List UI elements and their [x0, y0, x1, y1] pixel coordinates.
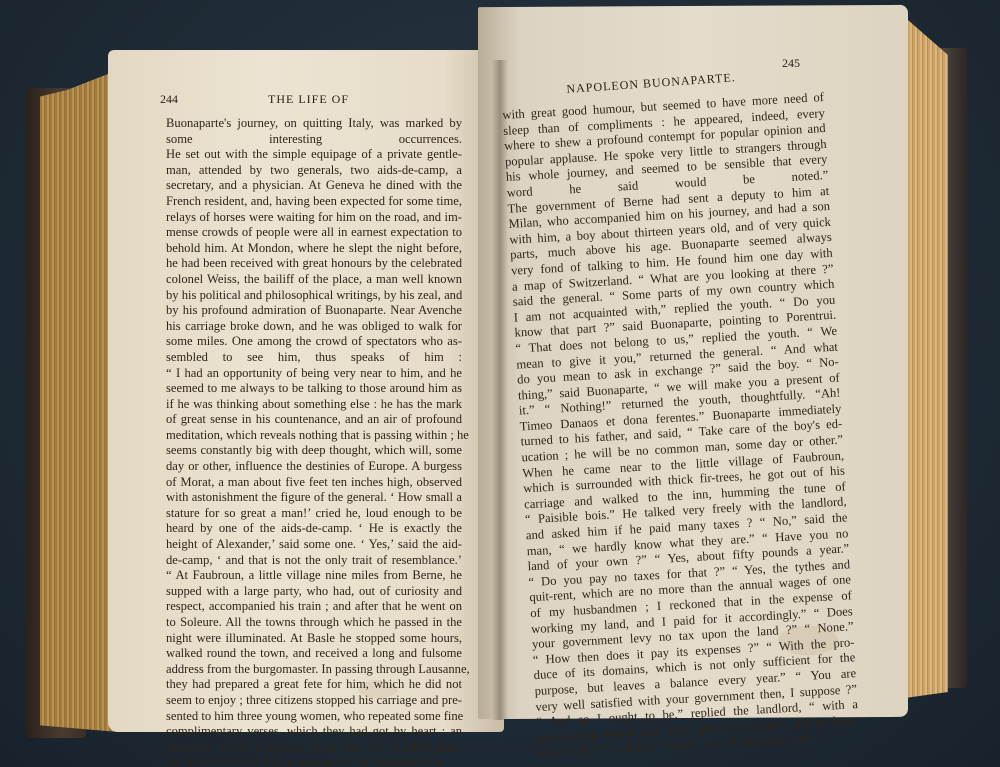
- left-page-body: Buonaparte's journey, on quitting Italy,…: [166, 116, 462, 767]
- text-line: of great sense in his countenance, and a…: [166, 412, 462, 428]
- text-line: meditation, which reveals nothing that i…: [166, 428, 462, 444]
- text-line: behold him. At Mondon, where he slept th…: [166, 241, 462, 257]
- left-running-head: THE LIFE OF: [268, 92, 349, 107]
- page-edges-left: [40, 70, 118, 732]
- text-line: with astonishment the figure of the gene…: [166, 490, 462, 506]
- text-line: stature for so great a man!’ cried he, l…: [166, 506, 462, 522]
- text-line: to Soleure. All the towns through which …: [166, 615, 462, 631]
- text-line: respect, accompanied his train ; and aft…: [166, 599, 462, 615]
- text-line: “ I had an opportunity of being very nea…: [166, 366, 462, 382]
- text-line: sembled to see him, thus speaks of him :: [166, 350, 462, 366]
- text-line: of Morat, a man about five feet ten inch…: [166, 475, 462, 491]
- text-line: supped with a large party, who had, out …: [166, 584, 462, 600]
- text-line: if he was thinking about something else …: [166, 397, 462, 413]
- text-line: French resident, and, having been expect…: [166, 194, 462, 210]
- text-line: by his political and philosophical writi…: [166, 288, 462, 304]
- left-page-number: 244: [160, 92, 178, 107]
- text-line: he had been received with great honours …: [166, 256, 462, 272]
- text-line: secretary, and a physician. At Geneva he…: [166, 178, 462, 194]
- text-line: seems constantly big with deep thought, …: [166, 443, 462, 459]
- text-line: joy by their shouts and acclamations. He…: [166, 755, 462, 767]
- text-line: height of Alexander,’ said some one. ‘ Y…: [166, 537, 462, 553]
- text-line: address from the burgomaster. In passing…: [166, 662, 462, 678]
- right-page-number: 245: [782, 56, 800, 71]
- text-line: walked round the town, and received a lo…: [166, 646, 462, 662]
- text-line: “ At Faubroun, a little village nine mil…: [166, 568, 462, 584]
- text-line: immense crowd assembled about him, and t…: [166, 740, 462, 756]
- text-line: Buonaparte's journey, on quitting Italy,…: [166, 116, 462, 132]
- text-line: seem to enjoy ; three citizens stopped h…: [166, 693, 462, 709]
- text-line: by his profound admiration of Buonaparte…: [166, 303, 462, 319]
- text-line: seemed to me always to be talking to tho…: [166, 381, 462, 397]
- text-line: colonel Weiss, the bailiff of the place,…: [166, 272, 462, 288]
- text-line: his carriage broke down, and he was obli…: [166, 319, 462, 335]
- text-line: complimentary verses, which they had got…: [166, 724, 462, 740]
- text-line: de-camp, ‘ and that is not the only trai…: [166, 553, 462, 569]
- right-page-body: with great good humour, but seemed to ha…: [502, 90, 860, 762]
- text-line: some miles. One among the crowd of spect…: [166, 334, 462, 350]
- text-line: He set out with the simple equipage of a…: [166, 147, 462, 163]
- text-line: they had prepared a great fete for him, …: [166, 677, 462, 693]
- text-line: man, attended by two generals, two aids-…: [166, 163, 462, 179]
- text-line: some interesting occurrences.: [166, 132, 462, 148]
- text-line: night were illuminated. At Basle he stop…: [166, 631, 462, 647]
- text-line: relays of horses were waiting for him on…: [166, 210, 462, 226]
- text-line: heard by one of the aids-de-camp. ‘ He i…: [166, 521, 462, 537]
- text-line: sented to him three young women, who rep…: [166, 709, 462, 725]
- text-line: day or other, influence the destinies of…: [166, 459, 462, 475]
- text-line: mense crowds of people were all in earne…: [166, 225, 462, 241]
